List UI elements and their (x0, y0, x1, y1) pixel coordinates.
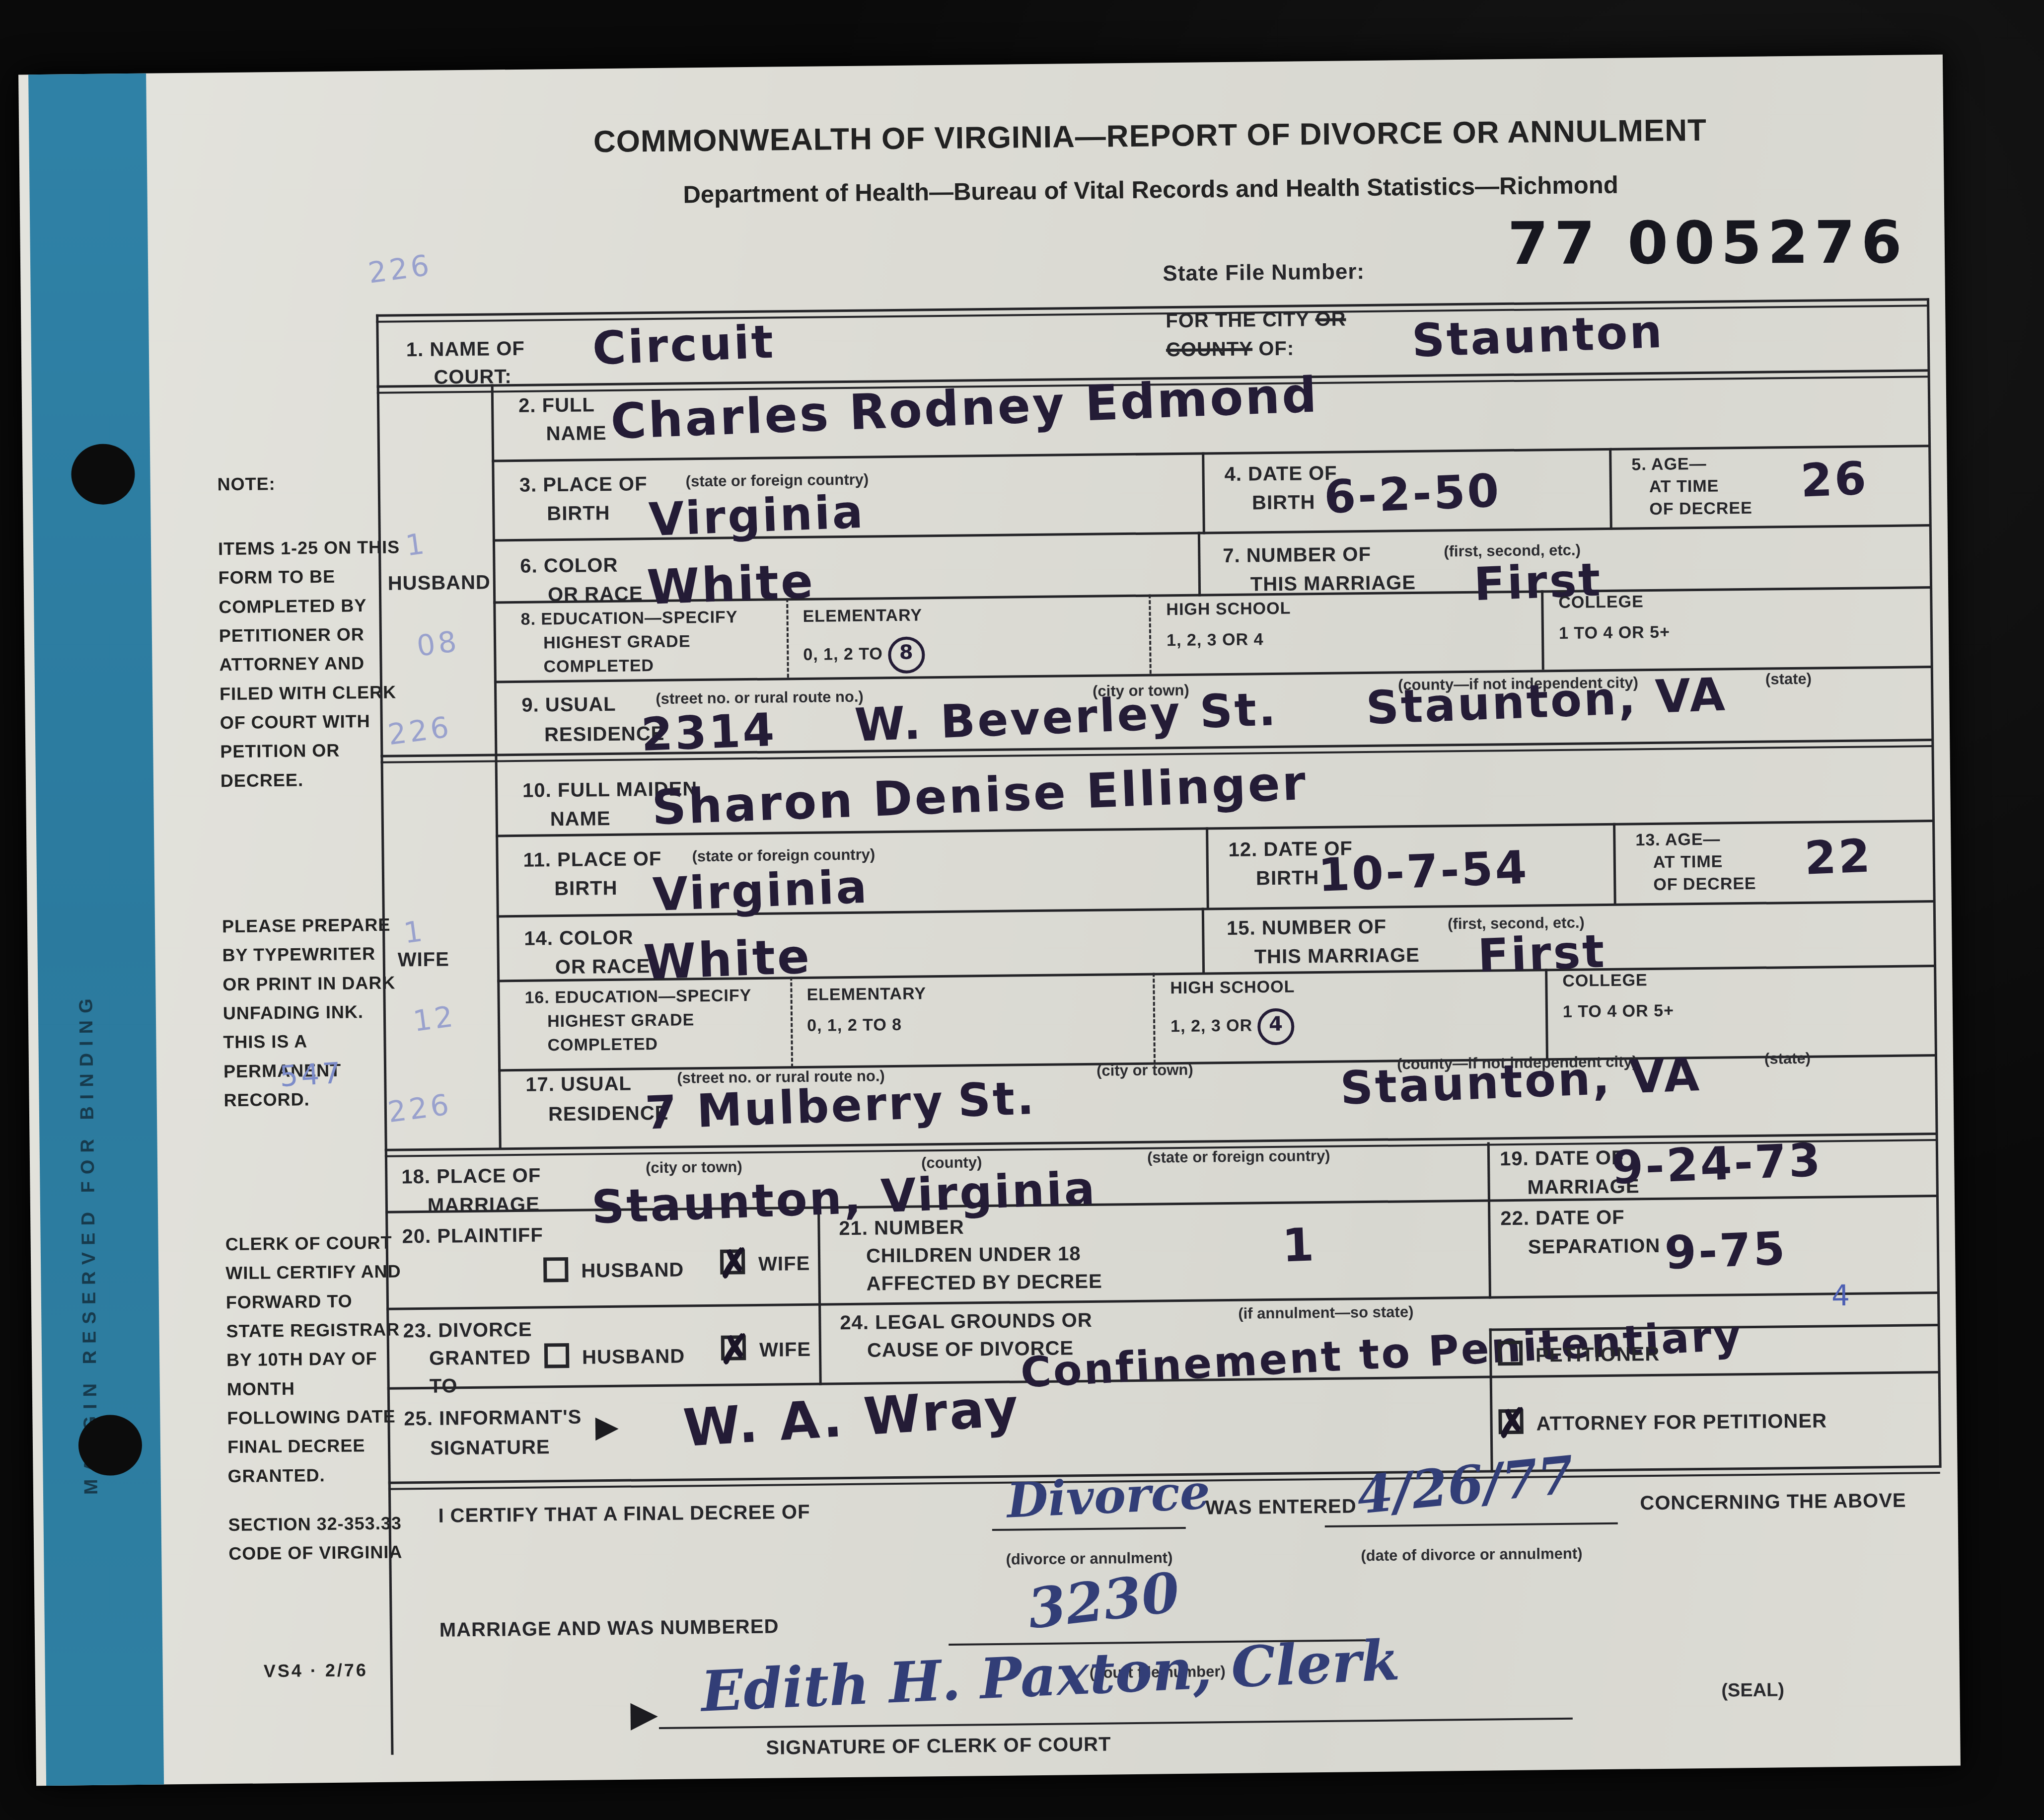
document-paper: MARGIN RESERVED FOR BINDING NOTE: ITEMS … (18, 55, 1961, 1786)
f16-elementary-range: 0, 1, 2 TO 8 (807, 1015, 902, 1036)
f23-wife-checkbox: ✗ (721, 1335, 746, 1361)
pencil-husband-grade: 08 (415, 624, 461, 663)
f15-label-2: THIS MARRIAGE (1254, 944, 1420, 968)
f3-label-1: 3. PLACE OF (519, 473, 648, 497)
f23-husband-label: HUSBAND (582, 1345, 685, 1368)
f22-label-1: 22. DATE OF (1500, 1207, 1625, 1230)
f17-label-1: 17. USUAL (525, 1073, 632, 1096)
f23-label-2: GRANTED (429, 1347, 531, 1370)
f20-husband-checkbox (543, 1257, 569, 1283)
f21-value: 1 (1281, 1218, 1317, 1273)
f2-label-1: 2. FULL (518, 394, 595, 417)
rule-r2 (492, 445, 1929, 462)
f14-label-2: OR RACE (555, 955, 651, 979)
pencil-wife-tick: 1 (402, 914, 428, 950)
f24-label-1: 24. LEGAL GROUNDS OR (840, 1309, 1093, 1334)
f12-label-2: BIRTH (1256, 867, 1319, 890)
f11-label-2: BIRTH (554, 877, 618, 900)
husband-section-label: HUSBAND (388, 571, 491, 595)
f11-value: Virginia (652, 860, 870, 922)
f8-label-2: HIGHEST GRADE (543, 632, 691, 653)
f13-value: 22 (1804, 830, 1873, 885)
f10-label-2: NAME (550, 808, 611, 831)
state-file-number-stamp: 77 005276 (1508, 208, 1908, 278)
rule-f16-hs (1153, 973, 1156, 1064)
f21-label-1: 21. NUMBER (839, 1216, 964, 1240)
f8-label-3: COMPLETED (543, 656, 654, 677)
margin-note-clerk: CLERK OF COURT WILL CERTIFY AND FORWARD … (225, 1228, 411, 1491)
f7-label-1: 7. NUMBER OF (1223, 543, 1371, 567)
f18-label-2: MARRIAGE (428, 1194, 540, 1217)
rule-r20 (386, 1291, 1938, 1310)
rule-f8-elem (786, 598, 789, 678)
f20-wife-checkbox: ✗ (720, 1249, 745, 1275)
f20-wife-label: WIFE (758, 1253, 810, 1276)
f16-label-2: HIGHEST GRADE (547, 1010, 695, 1031)
f1-city-value: Staunton (1411, 305, 1665, 368)
f18-label-1: 18. PLACE OF (401, 1164, 541, 1188)
f8-highschool-label: HIGH SCHOOL (1166, 599, 1291, 620)
f13-label-1: 13. AGE— (1635, 830, 1721, 850)
seal-label: (SEAL) (1721, 1679, 1784, 1701)
f6-label-2: OR RACE (548, 583, 643, 606)
f1-strike-or: OR (1315, 308, 1346, 330)
margin-note-section-2: CODE OF VIRGINIA (228, 1537, 413, 1568)
f8-highschool-range: 1, 2, 3 OR 4 (1167, 630, 1264, 650)
f12-value: 10-7-54 (1317, 841, 1530, 902)
rule-f16-elem (790, 977, 793, 1067)
f17-hint-state: (state) (1764, 1050, 1811, 1068)
f8-college-label: COLLEGE (1558, 592, 1644, 612)
f16-elementary-label: ELEMENTARY (806, 984, 926, 1005)
scan-background: MARGIN RESERVED FOR BINDING NOTE: ITEMS … (0, 0, 2044, 1820)
f6-value: White (646, 553, 816, 615)
attorney-label: ATTORNEY FOR PETITIONER (1536, 1410, 1827, 1435)
rule-f3-f4 (1202, 452, 1205, 534)
f9-hint-state: (state) (1765, 670, 1812, 688)
f23-wife-label: WIFE (759, 1339, 811, 1362)
rule-f18-f19 (1487, 1142, 1491, 1298)
attorney-check-mark: ✗ (1495, 1403, 1530, 1444)
rule-f14-f15 (1202, 908, 1205, 974)
f1-label-2: COURT: (434, 366, 512, 389)
f16-hs-circled-4: 4 (1257, 1008, 1295, 1046)
f13-label-2: AT TIME (1653, 852, 1723, 872)
f20-husband-label: HUSBAND (581, 1259, 684, 1282)
f7-label-2: THIS MARRIAGE (1250, 572, 1416, 596)
f16-college-label: COLLEGE (1562, 971, 1648, 991)
f16-label-3: COMPLETED (547, 1035, 658, 1055)
form-code: VS4 · 2/76 (263, 1655, 447, 1686)
attorney-checkbox: ✗ (1498, 1409, 1524, 1435)
f5-value: 26 (1800, 452, 1869, 508)
rule-f12-f13 (1613, 823, 1616, 905)
cert-blank3-value: 3230 (1024, 1560, 1183, 1641)
f11-label-1: 11. PLACE OF (523, 848, 661, 872)
f22-label-2: SEPARATION (1528, 1235, 1661, 1259)
f1-value: Circuit (591, 315, 776, 375)
form-subtitle: Department of Health—Bureau of Vital Rec… (374, 168, 1926, 212)
f2-label-2: NAME (546, 422, 606, 445)
cert-line1b: WAS ENTERED (1205, 1495, 1357, 1519)
f20-label: 20. PLAINTIFF (402, 1224, 543, 1248)
rule-spouse-col (491, 384, 502, 1149)
f5-label-1: 5. AGE— (1631, 455, 1707, 475)
rule-f11-f12 (1206, 827, 1209, 909)
f8-college-range: 1 TO 4 OR 5+ (1559, 623, 1670, 643)
f17-value-city: Staunton, VA (1339, 1048, 1702, 1115)
f23-label-3: TO (430, 1375, 458, 1398)
pencil-top-226: 226 (366, 248, 434, 290)
f8-elementary-range: 0, 1, 2 TO 8 (803, 636, 925, 675)
f21-label-3: AFFECTED BY DECREE (866, 1271, 1102, 1295)
rule-f16-college (1545, 969, 1548, 1060)
f14-value: White (643, 928, 812, 990)
petitioner-checkbox (1498, 1341, 1523, 1366)
rule-f20-f21 (817, 1207, 822, 1385)
f9-value-street: W. Beverley St. (854, 682, 1279, 752)
f8-elem-pre: 0, 1, 2 TO (803, 644, 888, 664)
cert-hint2: (date of divorce or annulment) (1325, 1544, 1618, 1565)
f3-value: Virginia (648, 485, 866, 547)
f15-label-1: 15. NUMBER OF (1227, 916, 1387, 940)
f25-value: W. A. Wray (681, 1377, 1022, 1458)
f5-label-2: AT TIME (1649, 477, 1719, 497)
rule-f6-f7 (1198, 532, 1201, 597)
f1-city-line1: FOR THE CITY OR (1166, 308, 1346, 332)
f14-label-1: 14. COLOR (524, 927, 634, 950)
cert-line1a: I CERTIFY THAT A FINAL DECREE OF (438, 1501, 810, 1527)
f24-hint: (if annulment—so state) (1238, 1303, 1413, 1323)
f18-hint-state: (state or foreign country) (1147, 1147, 1330, 1167)
f18-hint-city: (city or town) (646, 1158, 742, 1177)
rule-f8-hs (1149, 595, 1152, 674)
f4-value: 6-2-50 (1323, 464, 1502, 524)
margin-note-heading: NOTE: (217, 468, 401, 499)
f1-city-line2: COUNTY OF: (1166, 338, 1295, 362)
f16-label-1: 16. EDUCATION—SPECIFY (524, 986, 751, 1008)
f1-city-pre: FOR THE CITY (1166, 308, 1315, 332)
cert-blank2-value: 4/26/77 (1354, 1444, 1577, 1526)
f16-highschool-label: HIGH SCHOOL (1170, 978, 1295, 998)
f17-value-st: St. (957, 1071, 1037, 1128)
f25-label-1: 25. INFORMANT'S (404, 1406, 582, 1431)
f19-value: 9-24-73 (1610, 1134, 1823, 1195)
f25-label-2: SIGNATURE (430, 1436, 550, 1460)
f1-city-post: OF: (1252, 338, 1294, 360)
rule-f4-f5 (1609, 448, 1612, 530)
wife-section-label: WIFE (398, 948, 449, 971)
f9-label-1: 9. USUAL (521, 693, 616, 717)
margin-note-section-1: SECTION 32-353.33 (228, 1509, 412, 1539)
f8-elem-circled-8: 8 (888, 636, 925, 674)
f6-label-1: 6. COLOR (520, 554, 618, 578)
f16-highschool-range: 1, 2, 3 OR 4 (1170, 1008, 1295, 1047)
f19-label-1: 19. DATE OF (1500, 1147, 1624, 1171)
state-file-label: State File Number: (1163, 259, 1365, 286)
cert-line2: MARRIAGE AND WAS NUMBERED (439, 1616, 779, 1642)
f4-label-1: 4. DATE OF (1224, 462, 1337, 486)
f3-label-2: BIRTH (547, 502, 610, 525)
petitioner-label: PETITIONER (1535, 1343, 1660, 1367)
f5-label-3: OF DECREE (1649, 499, 1752, 519)
f22-value: 9-75 (1664, 1222, 1788, 1280)
pencil-wife-grade: 12 (411, 999, 458, 1038)
f17-value-street: 7 Mulberry (644, 1075, 946, 1140)
f8-elementary-label: ELEMENTARY (803, 606, 922, 626)
f21-label-2: CHILDREN UNDER 18 (866, 1243, 1081, 1268)
f10-value: Sharon Denise Ellinger (651, 755, 1309, 836)
form-title: COMMONWEALTH OF VIRGINIA—REPORT OF DIVOR… (374, 110, 1926, 162)
pencil-547: 547 (279, 1056, 345, 1093)
cert-line1c: CONCERNING THE ABOVE (1640, 1490, 1906, 1515)
f13-label-3: OF DECREE (1653, 874, 1756, 895)
f1-strike-county: COUNTY (1166, 338, 1253, 361)
f17-hint-city: (city or town) (1096, 1061, 1193, 1080)
clerk-signature-arrow-icon: ► (621, 1691, 667, 1738)
f9-value-street-no: 2314 (640, 703, 777, 761)
f25-arrow-icon: ► (587, 1407, 626, 1446)
rule-row1-top (376, 298, 1928, 323)
f24-blue-annotation: 4 (1831, 1279, 1850, 1312)
f16-college-range: 1 TO 4 OR 5+ (1563, 1001, 1674, 1022)
f8-label-1: 8. EDUCATION—SPECIFY (520, 607, 737, 629)
f23-husband-checkbox (544, 1343, 570, 1368)
cert-blank1-value: Divorce (1006, 1463, 1211, 1528)
f1-label-1: 1. NAME OF (406, 338, 525, 361)
pencil-husband-tick: 1 (404, 527, 430, 563)
f4-label-2: BIRTH (1252, 491, 1315, 514)
f16-hs-pre: 1, 2, 3 OR (1170, 1016, 1258, 1036)
clerk-signature-label: SIGNATURE OF CLERK OF COURT (766, 1734, 1111, 1759)
margin-note-items: ITEMS 1-25 ON THIS FORM TO BE COMPLETED … (218, 532, 404, 795)
f20-wife-check-mark: ✗ (716, 1243, 751, 1284)
f23-label-1: 23. DIVORCE (403, 1319, 532, 1343)
f23-wife-check-mark: ✗ (717, 1329, 752, 1370)
